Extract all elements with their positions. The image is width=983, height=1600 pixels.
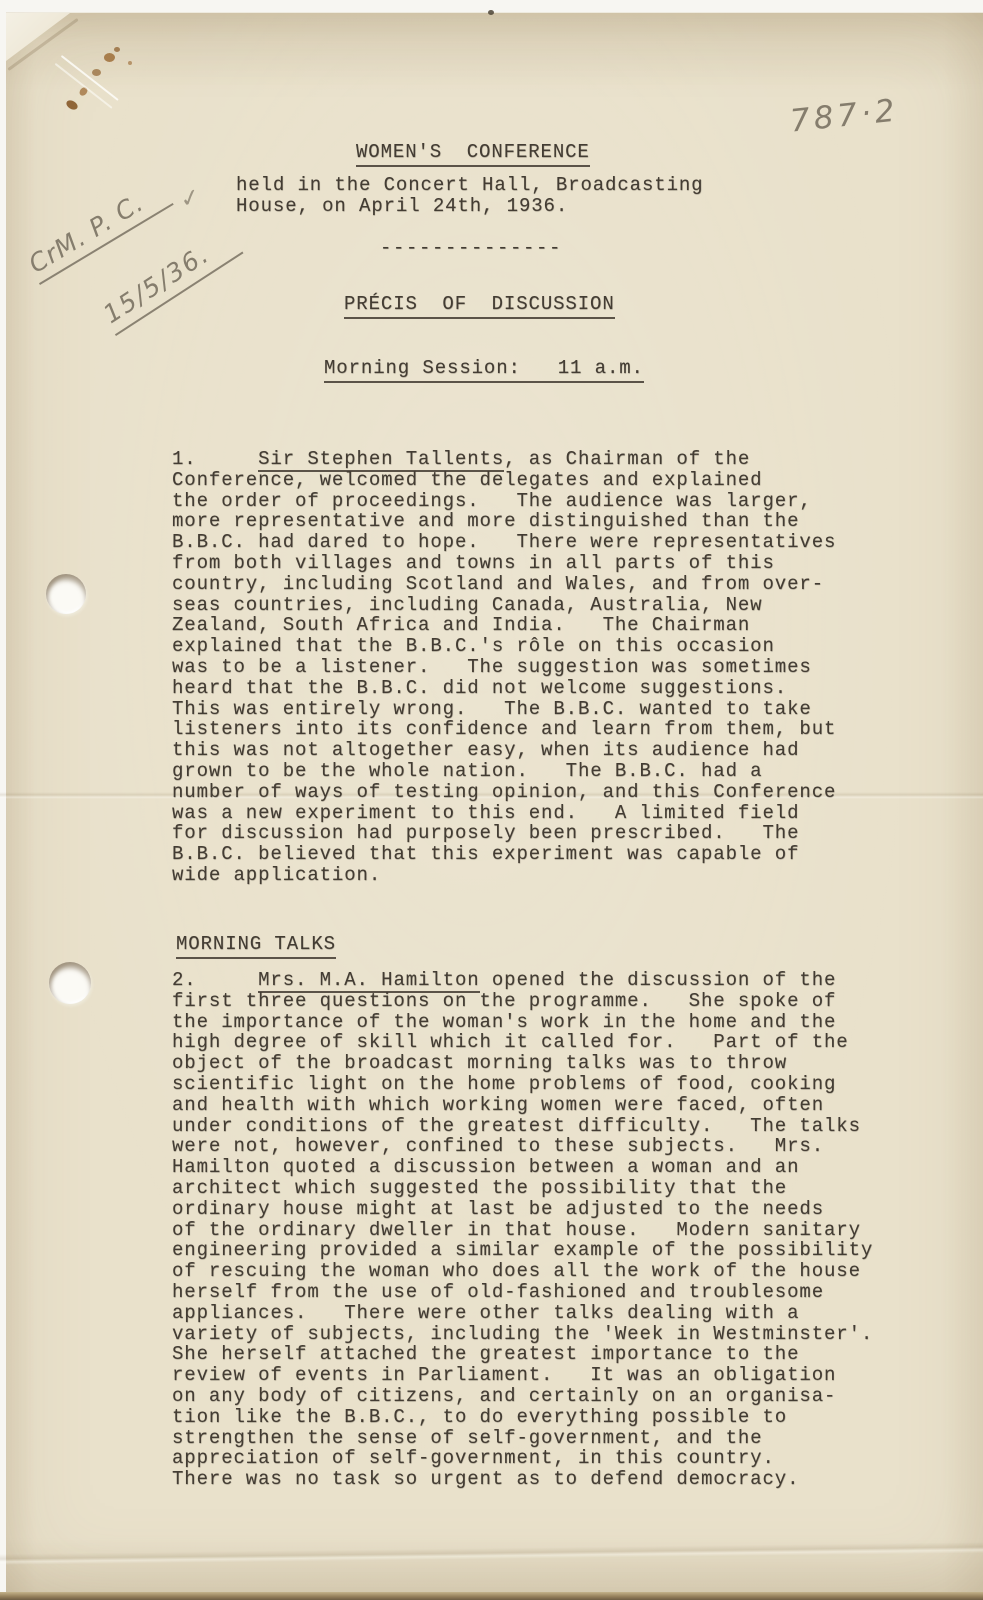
punch-hole-bottom	[49, 962, 91, 1004]
divider-dashes: --------------	[380, 238, 562, 259]
precis-heading: PRÉCIS OF DISCUSSION	[344, 294, 615, 319]
session-heading: Morning Session: 11 a.m.	[324, 358, 644, 383]
paragraph-1: 1. Sir Stephen Tallents, as Chairman of …	[172, 449, 972, 886]
morning-talks-heading: MORNING TALKS	[176, 934, 336, 959]
paragraph-1-text: , as Chairman of the Conference, welcome…	[172, 448, 836, 886]
venue-line-1: held in the Concert Hall, Broadcasting	[236, 174, 703, 196]
paragraph-2-text: opened the discussion of the first three…	[172, 969, 873, 1490]
venue-line-2: House, on April 24th, 1936.	[236, 195, 568, 217]
venue-lines: held in the Concert Hall, Broadcasting H…	[236, 175, 703, 217]
punch-hole-top	[46, 574, 86, 614]
paragraph-1-number: 1.	[172, 448, 258, 470]
document-title: WOMEN'S CONFERENCE	[356, 142, 590, 167]
photograph-backdrop: 787·2 ✓ CrM. P. C. 15/5/36. WOMEN'S CONF…	[0, 0, 983, 1600]
paragraph-2-number: 2.	[172, 969, 258, 991]
paragraph-2: 2. Mrs. M.A. Hamilton opened the discuss…	[172, 970, 972, 1490]
paper-speck	[488, 10, 494, 15]
page-bottom-edge	[0, 1592, 983, 1600]
rust-stain	[58, 39, 148, 134]
